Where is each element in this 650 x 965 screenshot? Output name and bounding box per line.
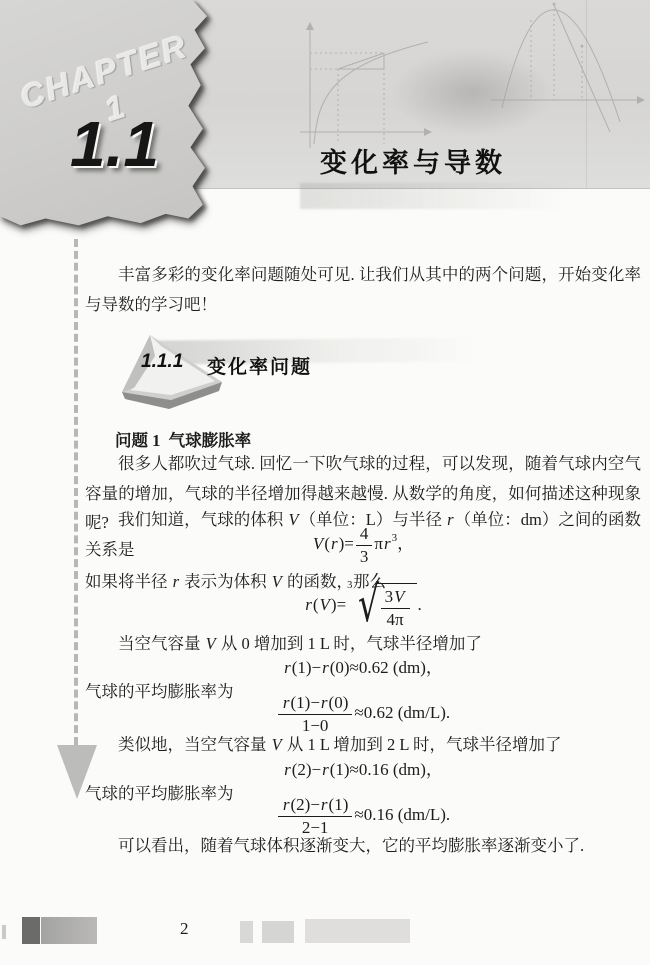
- fraction: 3V4π: [381, 587, 410, 629]
- cube-root: 3√3V4π: [347, 583, 416, 629]
- formula-delta-2: r(2)−r(1)≈0.16 (dm)，: [85, 755, 641, 780]
- subsection-title: 变化率问题: [207, 352, 312, 379]
- formula-volume-of-radius: V(r)=43πr3，: [85, 524, 641, 566]
- intro-paragraph: 丰富多彩的变化率问题随处可见. 让我们从其中的两个问题，开始变化率与导数的学习吧…: [85, 260, 641, 319]
- problem-label: 问题 1: [115, 431, 160, 450]
- parabola-secant-graph: [486, 0, 650, 142]
- fraction: 43: [356, 524, 373, 566]
- footer-faded-stamp: [240, 921, 253, 943]
- subsection-number: 1.1.1: [141, 351, 183, 373]
- fraction: r(1)−r(0)1−0: [278, 693, 353, 735]
- formula-average-1: r(1)−r(0)1−0≈0.62 (dm/L).: [85, 693, 641, 735]
- radical-sign: √: [358, 583, 379, 629]
- paragraph-conclusion: 可以看出，随着气球体积逐渐变大，它的平均膨胀率逐渐变小了.: [85, 831, 641, 861]
- section-number: 1.1: [70, 112, 159, 176]
- dashed-guide-line: [74, 239, 78, 745]
- footer-ink-block-dark: [22, 917, 40, 944]
- formula-delta-1: r(1)−r(0)≈0.62 (dm)，: [85, 653, 641, 678]
- formula-radius-of-volume: r(V)=3√3V4π.: [85, 583, 641, 629]
- footer-edge-tick: [2, 925, 6, 939]
- problem-heading: 问题 1 气球膨胀率: [115, 427, 251, 451]
- footer-ink-block-gray: [41, 917, 97, 944]
- problem-title: 气球膨胀率: [169, 431, 252, 450]
- footer-faded-stamp: [262, 921, 294, 943]
- sqrt-curve-secant-graph: [278, 12, 443, 154]
- root-index: 3: [347, 580, 352, 591]
- page-number: 2: [180, 919, 189, 939]
- footer-faded-stamp: [305, 919, 410, 943]
- page-title: 变化率与导数: [320, 141, 506, 180]
- ghost-print-smudge: [300, 183, 570, 209]
